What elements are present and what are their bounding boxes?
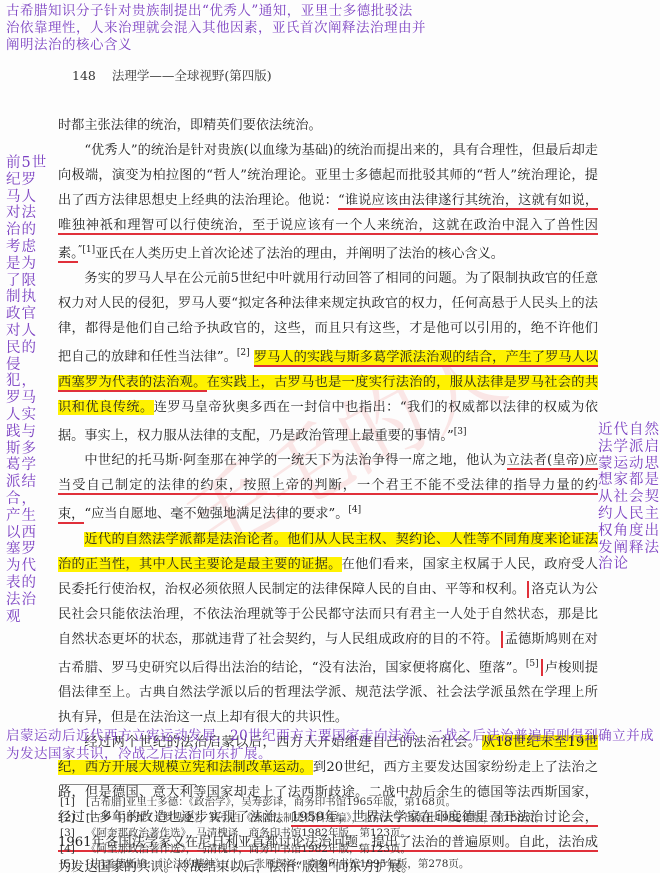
paragraph-1: “优秀人”的统治是针对贵族(以血缘为基础)的统治而提出来的，具有合理性，但最后却…: [58, 138, 598, 266]
footnote-ref: [2]: [237, 348, 250, 358]
paragraph-0: 时都主张法律的统治，即精英们要依法统治。: [58, 113, 598, 138]
text: 中世纪的托马斯·阿奎那在神学的一统天下为法治争得一席之地，他认为: [84, 453, 506, 468]
footnote-number: [2]: [60, 811, 86, 827]
footnote-ref: [3]: [454, 427, 467, 437]
footnote-number: [3]: [60, 826, 86, 842]
footnote-item: [5][法]孟德斯鸠：《论法的精神》(上)，张雁深译，商务印书馆1995年版，第…: [60, 857, 545, 873]
annotation-bottom: 启蒙运动后近代西方立宪运动发展，20世纪西方主要国家走向法治，二战之后法治普遍原…: [6, 727, 656, 763]
text: 时都主张法律的统治，即精英们要依法统治。: [58, 118, 322, 133]
footnote-divider: [60, 784, 196, 785]
footnote-text: 《阿奎那政治著作选》，马清槐译，商务印书馆1982年版，第123页。: [86, 827, 411, 839]
annotation-right: 近代自然法学派启蒙运动思想家都是从社会契约人民主权角度出发阐释法治论: [598, 422, 660, 573]
footnote-item: [3]《阿奎那政治著作选》，马清槐译，商务印书馆1982年版，第123页。: [60, 826, 545, 842]
red-marker: [501, 631, 503, 648]
footnote-number: [1]: [60, 795, 86, 811]
document-page: 古希腊知识分子针对贵族制提出“优秀人”通知，亚里士多德批驳法治依靠理性，人来治理…: [0, 0, 660, 873]
footnote-number: [5]: [60, 857, 86, 873]
red-marker: [541, 659, 543, 676]
annotation-left: 前5世纪罗马人对法治的考虑是为了限制执政官对人民的侵犯，罗马人实践与斯多葛学派结…: [6, 155, 52, 625]
paragraph-2: 务实的罗马人早在公元前5世纪中叶就用行动回答了相同的问题。为了限制执政官的任意权…: [58, 266, 598, 448]
footnote-text: [古希腊]亚里士多德：《政治学》，吴寿彭译，商务印书馆1965年版，第168页。: [86, 796, 456, 808]
footnote-ref: [5]: [526, 659, 539, 669]
text: “应当自愿地、毫不勉强地满足法律的要求”。: [84, 507, 348, 522]
annotation-top: 古希腊知识分子针对贵族制提出“优秀人”通知，亚里士多德批驳法治依靠理性，人来治理…: [6, 3, 426, 54]
footnote-number: [4]: [60, 842, 86, 858]
paragraph-3: 中世纪的托马斯·阿奎那在神学的一统天下为法治争得一席之地，他认为立法者(皇帝)应…: [58, 448, 598, 526]
book-title: 法理学——全球视野(第四版): [112, 68, 272, 83]
footnote-item: [4]《阿奎那政治著作选》，马清槐译，商务印书馆1982年版，第123页。: [60, 842, 545, 858]
footnote-item: [2][古罗马]李维：《罗马史》，转引自《外国法制史资料选编》，北京大学出版社1…: [60, 811, 545, 827]
footnote-item: [1][古希腊]亚里士多德：《政治学》，吴寿彭译，商务印书馆1965年版，第16…: [60, 795, 545, 811]
paragraph-4: 近代的自然法学派都是法治论者。他们从人民主权、契约论、人性等不同角度来论证法治的…: [58, 527, 598, 730]
footnotes: [1][古希腊]亚里士多德：《政治学》，吴寿彭译，商务印书馆1965年版，第16…: [60, 795, 545, 873]
footnote-text: [法]孟德斯鸠：《论法的精神》(上)，张雁深译，商务印书馆1995年版，第278…: [86, 858, 469, 870]
footnote-text: 《阿奎那政治著作选》，马清槐译，商务印书馆1982年版，第123页。: [86, 843, 411, 855]
footnote-text: [古罗马]李维：《罗马史》，转引自《外国法制史资料选编》，北京大学出版社1982…: [86, 812, 545, 824]
footnote-ref: ”[1]: [78, 245, 95, 255]
page-header: 148 法理学——全球视野(第四版): [72, 66, 272, 84]
footnote-ref: [4]: [348, 505, 361, 515]
text: 亚氏在人类历史上首次论述了法治的理由，并阐明了法治的核心含义。: [95, 246, 504, 261]
page-number: 148: [72, 68, 96, 83]
red-marker: [527, 581, 529, 598]
